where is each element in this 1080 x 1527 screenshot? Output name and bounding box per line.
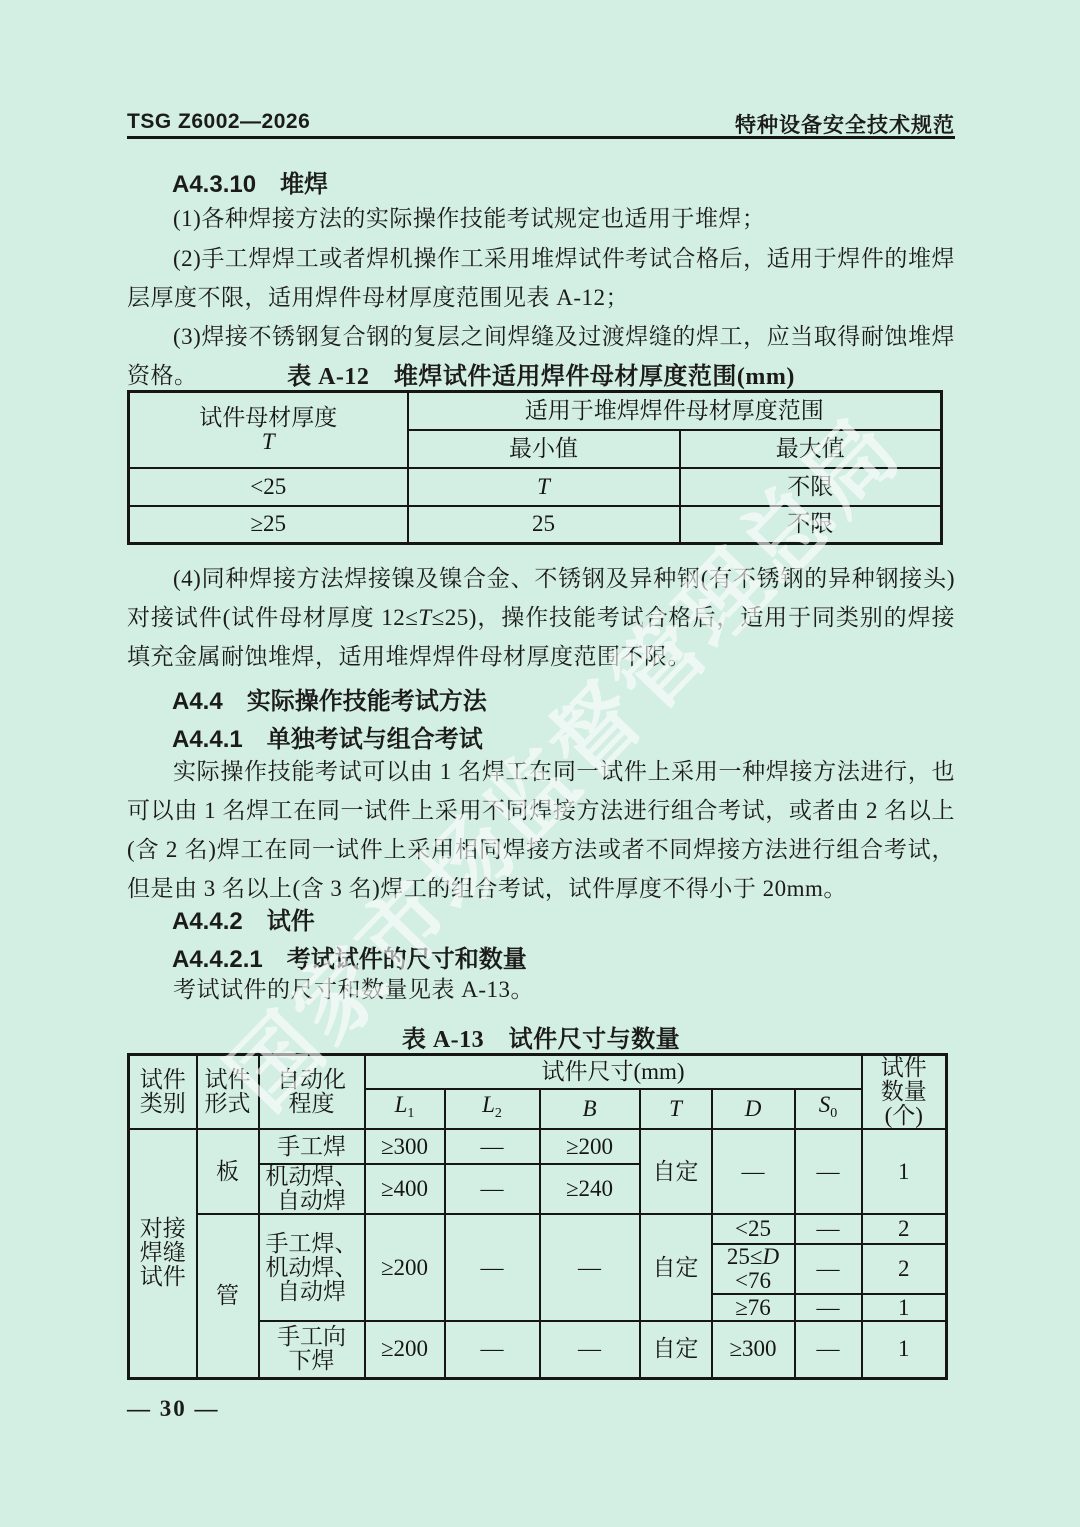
a12-header-min: 最小值 — [408, 430, 680, 468]
a13-cell-qty: 2 — [862, 1244, 947, 1294]
heading-a4-3-10: A4.3.10 堆焊 — [172, 164, 328, 199]
document-page: TSG Z6002—2026 特种设备安全技术规范 A4.3.10 堆焊 (1)… — [0, 0, 1080, 1527]
header-rule — [127, 136, 955, 139]
a13-header-l2-sub: 2 — [495, 1106, 502, 1121]
a12-cell-thickness: <25 — [129, 468, 408, 506]
a13-cell-auto: 机动焊、 自动焊 — [259, 1164, 365, 1214]
table-row: 管 手工焊、 机动焊、 自动焊 ≥200 — — 自定 <25 — 2 — [129, 1214, 947, 1244]
a13-cell-category-line: 焊缝 — [132, 1241, 194, 1265]
table-a13-caption: 表 A-13 试件尺寸与数量 — [127, 1019, 955, 1054]
a13-header-s0-sub: 0 — [830, 1106, 837, 1121]
header-doc-code: TSG Z6002—2026 — [127, 110, 310, 134]
a13-cell-auto: 手工焊 — [259, 1129, 365, 1164]
a13-header-automation-line: 自动化 — [262, 1068, 362, 1092]
paragraph-5: 实际操作技能考试可以由 1 名焊工在同一试件上采用一种焊接方法进行，也可以由 1… — [127, 752, 955, 908]
a13-header-form-line: 形式 — [200, 1092, 256, 1116]
a12-header-thickness: 试件母材厚度 T — [129, 392, 408, 468]
a13-cell-b: — — [540, 1214, 640, 1321]
a13-cell-b: ≥200 — [540, 1129, 640, 1164]
table-row: 对接 焊缝 试件 板 手工焊 ≥300 — ≥200 自定 — — 1 — [129, 1129, 947, 1164]
table-row: <25 T 不限 — [129, 468, 942, 506]
a13-cell-d: 25≤D <76 — [712, 1244, 795, 1294]
a13-header-d: D — [712, 1089, 795, 1129]
a13-cell-l2: — — [445, 1129, 540, 1164]
a13-cell-form-pipe: 管 — [197, 1214, 259, 1378]
a12-cell-min: T — [408, 468, 680, 506]
a13-header-b: B — [540, 1089, 640, 1129]
a13-cell-d: — — [712, 1129, 795, 1214]
heading-a4-4-2-1: A4.4.2.1 考试试件的尺寸和数量 — [172, 939, 527, 974]
a13-cell-l1: ≥200 — [365, 1321, 445, 1378]
a13-header-automation: 自动化 程度 — [259, 1055, 365, 1130]
heading-a4-4-2: A4.4.2 试件 — [172, 901, 315, 936]
a13-cell-d: <25 — [712, 1214, 795, 1244]
a13-cell-s0: — — [795, 1129, 862, 1214]
a12-header-max: 最大值 — [680, 430, 942, 468]
a13-cell-auto-line: 手工向 — [262, 1325, 362, 1349]
a13-header-qty-line: 数量 — [865, 1080, 944, 1104]
a13-header-form: 试件 形式 — [197, 1055, 259, 1130]
a13-cell-qty: 1 — [862, 1294, 947, 1321]
heading-a4-4-1: A4.4.1 单独考试与组合考试 — [172, 719, 483, 754]
paragraph-4: (4)同种焊接方法焊接镍及镍合金、不锈钢及异种钢(有不锈钢的异种钢接头)对接试件… — [127, 559, 955, 676]
paragraph-4-var: T — [418, 605, 431, 630]
a13-header-category-line: 类别 — [132, 1092, 194, 1116]
a13-header-category: 试件 类别 — [129, 1055, 197, 1130]
a13-cell-d: ≥76 — [712, 1294, 795, 1321]
a13-cell-l2: — — [445, 1214, 540, 1321]
a12-cell-max: 不限 — [680, 506, 942, 544]
a13-cell-auto-line: 自动焊 — [262, 1189, 362, 1213]
a13-cell-l2: — — [445, 1321, 540, 1378]
page-number: — 30 — — [127, 1396, 220, 1422]
a13-cell-b: — — [540, 1321, 640, 1378]
table-a13: 试件 类别 试件 形式 自动化 程度 试件尺寸(mm) 试件 数量 (个) L1… — [127, 1053, 948, 1380]
table-row: ≥25 25 不限 — [129, 506, 942, 544]
a13-header-automation-line: 程度 — [262, 1092, 362, 1116]
a13-cell-category: 对接 焊缝 试件 — [129, 1129, 197, 1378]
paragraph-1: (1)各种焊接方法的实际操作技能考试规定也适用于堆焊； — [127, 199, 955, 238]
a13-cell-d-line: <76 — [715, 1269, 792, 1293]
a13-cell-auto-line: 机动焊、 — [262, 1256, 362, 1280]
a13-cell-auto-line: 机动焊、 — [262, 1165, 362, 1189]
a13-cell-l1: ≥400 — [365, 1164, 445, 1214]
a13-cell-l2: — — [445, 1164, 540, 1214]
a13-cell-t: 自定 — [640, 1321, 712, 1378]
a13-cell-qty: 1 — [862, 1129, 947, 1214]
a12-cell-min: 25 — [408, 506, 680, 544]
a13-cell-t: 自定 — [640, 1214, 712, 1321]
a13-cell-d-line: 25≤D — [715, 1245, 792, 1269]
a13-header-size: 试件尺寸(mm) — [365, 1055, 862, 1090]
a12-cell-max: 不限 — [680, 468, 942, 506]
heading-a4-4: A4.4 实际操作技能考试方法 — [172, 681, 487, 716]
a13-header-form-line: 试件 — [200, 1068, 256, 1092]
a12-header-range: 适用于堆焊焊件母材厚度范围 — [408, 392, 942, 430]
a13-cell-category-line: 对接 — [132, 1217, 194, 1241]
a13-header-l2: L2 — [445, 1089, 540, 1129]
a13-cell-category-line: 试件 — [132, 1265, 194, 1289]
a13-cell-d-var: D — [763, 1244, 780, 1269]
table-row: 试件母材厚度 T 适用于堆焊焊件母材厚度范围 — [129, 392, 942, 430]
a13-cell-l1: ≥300 — [365, 1129, 445, 1164]
a13-cell-l1: ≥200 — [365, 1214, 445, 1321]
paragraph-2: (2)手工焊焊工或者焊机操作工采用堆焊试件考试合格后，适用于焊件的堆焊层厚度不限… — [127, 239, 955, 317]
a13-cell-d: ≥300 — [712, 1321, 795, 1378]
table-row: 试件 类别 试件 形式 自动化 程度 试件尺寸(mm) 试件 数量 (个) — [129, 1055, 947, 1090]
a13-cell-form-plate: 板 — [197, 1129, 259, 1214]
a13-cell-s0: — — [795, 1294, 862, 1321]
a13-cell-b: ≥240 — [540, 1164, 640, 1214]
a13-cell-auto: 手工向 下焊 — [259, 1321, 365, 1378]
a13-header-l1: L1 — [365, 1089, 445, 1129]
paragraph-6: 考试试件的尺寸和数量见表 A-13。 — [127, 970, 955, 1009]
table-a12-caption: 表 A-12 堆焊试件适用焊件母材厚度范围(mm) — [127, 356, 955, 391]
a13-cell-qty: 2 — [862, 1214, 947, 1244]
a13-header-category-line: 试件 — [132, 1068, 194, 1092]
a13-cell-d-pre: 25≤ — [727, 1244, 763, 1269]
a13-header-l1-sub: 1 — [407, 1106, 414, 1121]
a13-cell-auto-line: 手工焊、 — [262, 1232, 362, 1256]
a13-cell-s0: — — [795, 1244, 862, 1294]
a13-header-l2-base: L — [482, 1092, 495, 1117]
header-title: 特种设备安全技术规范 — [735, 109, 955, 139]
a13-cell-auto-line: 下焊 — [262, 1349, 362, 1373]
a13-cell-s0: — — [795, 1214, 862, 1244]
a13-header-s0-base: S — [819, 1092, 831, 1117]
a13-header-t: T — [640, 1089, 712, 1129]
a12-cell-thickness: ≥25 — [129, 506, 408, 544]
a13-cell-auto: 手工焊、 机动焊、 自动焊 — [259, 1214, 365, 1321]
a13-cell-t: 自定 — [640, 1129, 712, 1214]
a13-header-s0: S0 — [795, 1089, 862, 1129]
a13-header-l1-base: L — [395, 1092, 408, 1117]
a12-header-thickness-label: 试件母材厚度 — [132, 406, 405, 430]
a13-cell-qty: 1 — [862, 1321, 947, 1378]
table-a12: 试件母材厚度 T 适用于堆焊焊件母材厚度范围 最小值 最大值 <25 T 不限 … — [127, 390, 943, 545]
a13-header-qty: 试件 数量 (个) — [862, 1055, 947, 1130]
a13-cell-s0: — — [795, 1321, 862, 1378]
a13-cell-auto-line: 自动焊 — [262, 1280, 362, 1304]
a12-header-thickness-symbol: T — [132, 430, 405, 454]
a13-header-qty-line: 试件 — [865, 1056, 944, 1080]
a13-header-qty-line: (个) — [865, 1104, 944, 1128]
